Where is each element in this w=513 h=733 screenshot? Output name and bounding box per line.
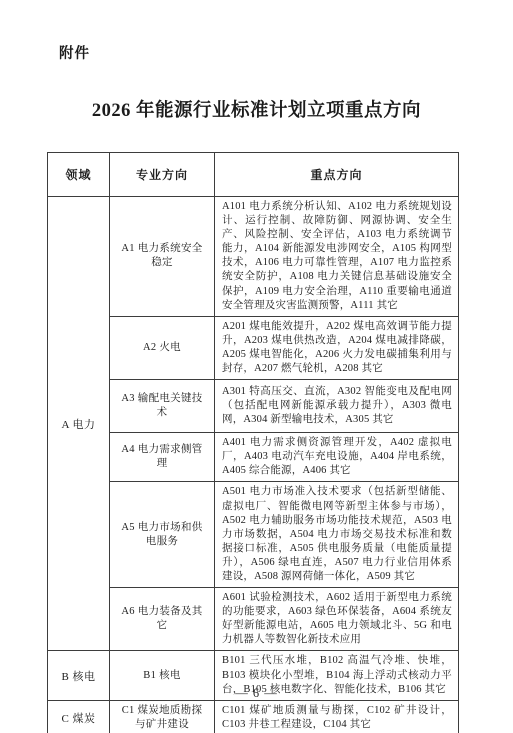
specialty-cell-a3: A3 输配电关键技术 [110, 380, 215, 433]
standards-table-container: 领域 专业方向 重点方向 A 电力 A1 电力系统安全稳定 A101 电力系统分… [47, 152, 458, 733]
specialty-cell-a5: A5 电力市场和供电服务 [110, 482, 215, 588]
table-row-a4: A4 电力需求侧管理 A401 电力需求侧资源管理开发，A402 虚拟电厂，A4… [48, 433, 459, 482]
domain-cell-coal: C 煤炭 [48, 700, 110, 733]
specialty-cell-a6: A6 电力装备及其它 [110, 588, 215, 651]
header-cell-focus: 重点方向 [215, 153, 459, 197]
header-cell-field: 领域 [48, 153, 110, 197]
page-number: — 6 — [0, 686, 513, 701]
focus-cell-a6: A601 试验检测技术，A602 适用于新型电力系统的功能要求，A603 绿色环… [215, 588, 459, 651]
focus-cell-c1: C101 煤矿地质测量与勘探，C102 矿井设计，C103 井巷工程建设，C10… [215, 700, 459, 733]
specialty-cell-a2: A2 火电 [110, 316, 215, 379]
specialty-cell-a4: A4 电力需求侧管理 [110, 433, 215, 482]
table-row-a3: A3 输配电关键技术 A301 特高压交、直流，A302 智能变电及配电网（包括… [48, 380, 459, 433]
standards-table: 领域 专业方向 重点方向 A 电力 A1 电力系统安全稳定 A101 电力系统分… [47, 152, 459, 733]
focus-cell-a5: A501 电力市场准入技术要求（包括新型储能、虚拟电厂、智能微电网等新型主体参与… [215, 482, 459, 588]
focus-cell-a4: A401 电力需求侧资源管理开发，A402 虚拟电厂，A403 电动汽车充电设施… [215, 433, 459, 482]
document-title: 2026 年能源行业标准计划立项重点方向 [0, 96, 513, 122]
focus-cell-a3: A301 特高压交、直流，A302 智能变电及配电网（包括配电网新能源承载力提升… [215, 380, 459, 433]
table-header-row: 领域 专业方向 重点方向 [48, 153, 459, 197]
header-cell-specialty: 专业方向 [110, 153, 215, 197]
specialty-cell-a1: A1 电力系统安全稳定 [110, 197, 215, 317]
attachment-label: 附件 [59, 42, 90, 63]
table-row-a6: A6 电力装备及其它 A601 试验检测技术，A602 适用于新型电力系统的功能… [48, 588, 459, 651]
focus-cell-a1: A101 电力系统分析认知、A102 电力系统规划设计、运行控制、故障防御、网源… [215, 197, 459, 317]
table-row-a5: A5 电力市场和供电服务 A501 电力市场准入技术要求（包括新型储能、虚拟电厂… [48, 482, 459, 588]
table-row-a2: A2 火电 A201 煤电能效提升，A202 煤电高效调节能力提升，A203 煤… [48, 316, 459, 379]
table-row-c1: C 煤炭 C1 煤炭地质勘探与矿井建设 C101 煤矿地质测量与勘探，C102 … [48, 700, 459, 733]
specialty-cell-c1: C1 煤炭地质勘探与矿井建设 [110, 700, 215, 733]
table-row-a1: A 电力 A1 电力系统安全稳定 A101 电力系统分析认知、A102 电力系统… [48, 197, 459, 317]
domain-cell-electric-power: A 电力 [48, 197, 110, 651]
focus-cell-a2: A201 煤电能效提升，A202 煤电高效调节能力提升，A203 煤电供热改造，… [215, 316, 459, 379]
